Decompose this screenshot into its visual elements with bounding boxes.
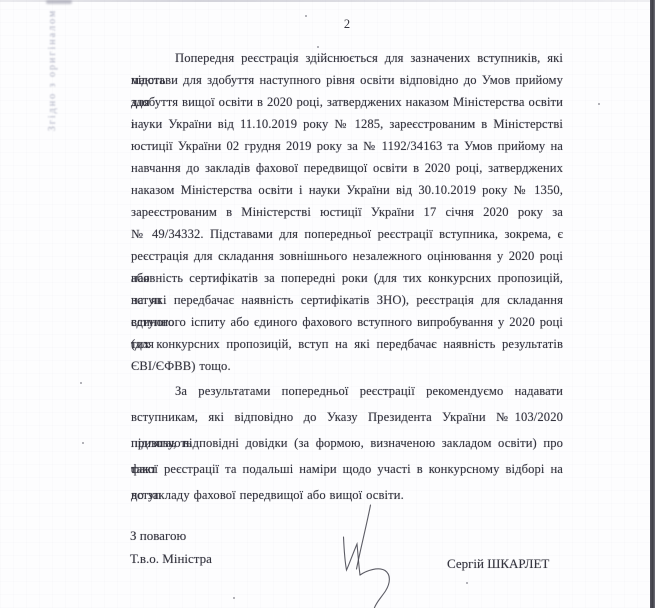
text-line: здобуття вищої освіти в 2020 році, затве… [131, 91, 563, 113]
text-line: За результатами попередньої реєстрації р… [131, 378, 563, 404]
document-page: Згідно з оригіналом 2 Попередня реєстрац… [0, 0, 655, 608]
text-line: вступникам, які відповідно до Указу През… [131, 404, 563, 430]
signer-position: Т.в.о. Міністра [130, 551, 212, 567]
closing-salutation: З повагою [130, 528, 186, 544]
margin-stamp: Згідно з оригіналом [47, 0, 63, 150]
text-line: наказом Міністерства освіти і науки Укра… [131, 179, 563, 201]
text-line: вступного іспиту або єдиного фахового вс… [131, 311, 563, 333]
paragraph-2: За результатами попередньої реєстрації р… [131, 378, 563, 508]
text-line: такої реєстрації та подальші наміри щодо… [131, 456, 563, 482]
scan-speck [598, 103, 600, 105]
text-column: 2 Попередня реєстрація здійснюється для … [131, 0, 563, 508]
text-line: навчання до закладів фахової передвищої … [131, 157, 563, 179]
signer-name: Сергій ШКАРЛЕТ [447, 556, 549, 572]
text-line: зареєстрованим в Міністерстві юстиції Ук… [131, 201, 563, 223]
scan-speck [233, 597, 235, 599]
scan-speck [466, 582, 468, 584]
text-line: підстави для здобуття наступного рівня о… [131, 69, 563, 91]
text-line: тих конкурсних пропозицій, вступ на які … [131, 333, 563, 355]
page-number: 2 [131, 17, 563, 31]
paragraph-1: Попередня реєстрація здійснюється для за… [131, 47, 563, 377]
text-line: № 49/34332. Підставами для попередньої р… [131, 223, 563, 245]
text-line: науки України від 11.10.2019 року № 1285… [131, 113, 563, 135]
text-line: ЄВІ/ЄФВВ) тощо. [131, 355, 563, 377]
text-line: Попередня реєстрація здійснюється для за… [131, 47, 563, 69]
signature-scribble [328, 496, 400, 608]
text-line: наявність сертифікатів за попередні роки… [131, 267, 563, 289]
scan-speck [305, 15, 307, 17]
text-line: призову, відповідні довідки (за формою, … [131, 430, 563, 456]
text-line: на які передбачає наявність сертифікатів… [131, 289, 563, 311]
text-line: юстиції України 02 грудня 2019 року за №… [131, 135, 563, 157]
text-line: реєстрація для складання зовнішнього нез… [131, 245, 563, 267]
scan-speck [317, 46, 319, 48]
scan-speck [80, 382, 82, 384]
scan-right-edge [650, 0, 655, 608]
scan-speck [82, 442, 84, 444]
